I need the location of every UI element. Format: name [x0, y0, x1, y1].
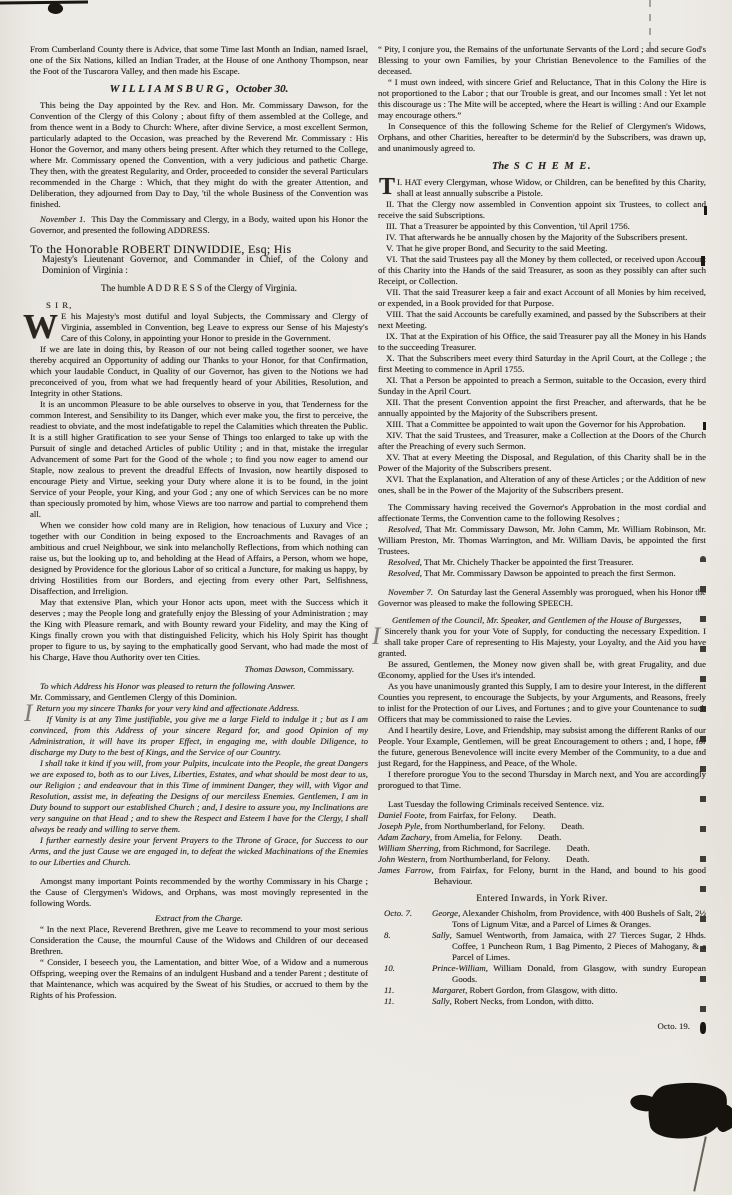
- resolved-label: Resolved,: [388, 568, 422, 578]
- ship-detail: Sally, Robert Necks, from London, with d…: [432, 996, 706, 1007]
- scheme-text: That at every Meeting the Disposal, and …: [378, 452, 706, 473]
- ship-cargo: , William Donald, from Glasgow, with sun…: [452, 963, 706, 984]
- scheme-numeral: XIV.: [386, 430, 403, 440]
- address-paragraph-1: WE his Majesty's most dutiful and loyal …: [30, 311, 368, 344]
- signature-line: Thomas Dawson, Commissary.: [30, 664, 368, 675]
- criminal-detail: , from Northumberland, for Felony.: [425, 854, 550, 864]
- resolves-intro: The Commissary having received the Gover…: [378, 502, 706, 524]
- scheme-numeral: XI.: [386, 375, 397, 385]
- criminal-row: Daniel Foote, from Fairfax, for Felony.D…: [378, 810, 706, 821]
- signature-name: Thomas Dawson,: [245, 664, 306, 674]
- criminal-name: James Farrow: [378, 865, 432, 875]
- scheme-text: That the Explanation, and Alteration of …: [378, 474, 706, 495]
- resolve-text: That Mr. Commissary Dawson be appointed …: [424, 568, 676, 578]
- scheme-text: That the said Treasurer keep a fair and …: [378, 287, 706, 308]
- news-november-1: November 1. This Day the Commissary and …: [30, 214, 368, 236]
- criminal-name: Joseph Pyle: [378, 821, 420, 831]
- ship-date: 11.: [378, 996, 432, 1007]
- ship-name: Prince-William: [432, 963, 486, 973]
- criminal-sentence: Death.: [533, 810, 556, 820]
- extract-paragraph-2: “ Consider, I beseech you, the Lamentati…: [30, 957, 368, 1001]
- answer-intro: To which Address his Honor was pleased t…: [30, 681, 368, 692]
- criminal-sentence: Death.: [561, 821, 584, 831]
- scheme-item-9: IX.That at the Expiration of his Office,…: [378, 331, 706, 353]
- criminal-name: Daniel Foote: [378, 810, 425, 820]
- scheme-text: That the Clergy now assembled in Convent…: [378, 199, 706, 220]
- criminal-name: William Sherring: [378, 843, 438, 853]
- scheme-numeral: III.: [386, 221, 397, 231]
- scheme-text: That a Treasurer be appointed by this Co…: [400, 221, 630, 231]
- right-column: “ Pity, I conjure you, the Remains of th…: [378, 44, 706, 1032]
- speech-paragraph-4: And I heartily desire, Love, and Friends…: [378, 725, 706, 769]
- scheme-item-4: IV.That afterwards he be annually chosen…: [378, 232, 706, 243]
- scheme-item-3: III.That a Treasurer be appointed by thi…: [378, 221, 706, 232]
- ship-entry: 8.Sally, Samuel Wentworth, from Jamaica,…: [378, 930, 706, 963]
- ship-name: Sally: [432, 930, 450, 940]
- scheme-numeral: XII.: [386, 397, 400, 407]
- criminal-name: John Western: [378, 854, 425, 864]
- date-label: November 1.: [40, 214, 86, 224]
- address-paragraph-4: When we consider how cold many are in Re…: [30, 520, 368, 597]
- news-november-7: November 7. On Saturday last the General…: [378, 587, 706, 609]
- scheme-item-1: I. THAT every Clergyman, whose Widow, or…: [378, 177, 706, 199]
- ship-entry: Octo. 7.George, Alexander Chisholm, from…: [378, 908, 706, 930]
- entered-inwards-heading: Entered Inwards, in York River.: [378, 894, 706, 905]
- scheme-text: That the said Accounts be carefully exam…: [378, 309, 706, 330]
- scheme-item-13: XIII.That a Committee be appointed to wa…: [378, 419, 706, 430]
- answer-paragraph-2: If Vanity is at any Time justifiable, yo…: [30, 714, 368, 758]
- criminal-row: John Western, from Northumberland, for F…: [378, 854, 706, 865]
- speech-paragraph-5: I therefore prorogue You to the second T…: [378, 769, 706, 791]
- scheme-text: HAT every Clergyman, whose Widow, or Chi…: [397, 177, 706, 198]
- scheme-numeral: XVI.: [386, 474, 404, 484]
- scheme-text: That afterwards he be annually chosen by…: [399, 232, 687, 242]
- criminal-detail: , from Northumberland, for Felony.: [420, 821, 545, 831]
- resolve-2: Resolved, That Mr. Chichely Thacker be a…: [378, 557, 706, 568]
- ship-detail: Sally, Samuel Wentworth, from Jamaica, w…: [432, 930, 706, 963]
- scheme-item-14: XIV.That the said Trustees, and Treasure…: [378, 430, 706, 452]
- extract-paragraph-pity: “ Pity, I conjure you, the Remains of th…: [378, 44, 706, 77]
- ink-blot: [644, 1076, 732, 1144]
- address-paragraph-3: It is an uncommon Pleasure to be able ou…: [30, 399, 368, 520]
- ship-entry: 11.Sally, Robert Necks, from London, wit…: [378, 996, 706, 1007]
- scratch-mark: [693, 1136, 707, 1191]
- scheme-item-2: II.That the Clergy now assembled in Conv…: [378, 199, 706, 221]
- ship-entry: 10.Prince-William, William Donald, from …: [378, 963, 706, 985]
- drop-cap-t: T: [379, 178, 395, 197]
- paragraph-text: Return you my sincere Thanks for your ve…: [36, 703, 299, 713]
- resolve-1: Resolved, That Mr. Commissary Dawson, Mr…: [378, 524, 706, 557]
- catchword: Octo. 19.: [378, 1021, 706, 1032]
- criminal-sentence: Death.: [538, 832, 561, 842]
- drop-cap-i: I: [24, 704, 32, 724]
- scheme-item-8: VIII.That the said Accounts be carefully…: [378, 309, 706, 331]
- paragraph-text: E his Majesty's most dutiful and loyal S…: [61, 311, 368, 343]
- extract-paragraph-1: “ In the next Place, Reverend Brethren, …: [30, 924, 368, 957]
- scheme-text: That the present Convention appoint the …: [378, 397, 706, 418]
- resolve-text: That Mr. Commissary Dawson, Mr. John Cam…: [378, 524, 706, 556]
- dateline-heading: WILLIAMSBURG,October 30.: [30, 84, 368, 95]
- scheme-numeral: VIII.: [386, 309, 403, 319]
- right-edge-bleedthrough: [700, 556, 706, 1026]
- scheme-item-6: VI.That the said Trustees pay all the Mo…: [378, 254, 706, 287]
- scheme-item-15: XV.That at every Meeting the Disposal, a…: [378, 452, 706, 474]
- resolved-label: Resolved,: [388, 524, 422, 534]
- ship-date: 11.: [378, 985, 432, 996]
- dateline-city: WILLIAMSBURG,: [110, 83, 232, 95]
- scheme-item-11: XI.That a Person be appointed to preach …: [378, 375, 706, 397]
- news-cumberland-county: From Cumberland County there is Advice, …: [30, 44, 368, 77]
- criminal-detail: , from Amelia, for Felony.: [430, 832, 522, 842]
- ship-entry: 11.Margaret, Robert Gordon, from Glasgow…: [378, 985, 706, 996]
- edge-mark: [704, 206, 707, 215]
- edge-mark: [703, 422, 706, 430]
- scheme-heading: TheS C H E M E.: [378, 161, 706, 172]
- criminal-row: Joseph Pyle, from Northumberland, for Fe…: [378, 821, 706, 832]
- speech-paragraph-3: As you have unanimously granted this Sup…: [378, 681, 706, 725]
- news-convention: This being the Day appointed by the Rev.…: [30, 100, 368, 210]
- address-heading: To the Honorable ROBERT DINWIDDIE, Esq; …: [30, 244, 368, 277]
- humble-address-line: The humble A D D R E S S of the Clergy o…: [30, 283, 368, 294]
- speech-paragraph-2: Be assured, Gentlemen, the Money now giv…: [378, 659, 706, 681]
- ship-name: Sally: [432, 996, 450, 1006]
- scheme-heading-the: The: [492, 161, 509, 172]
- scheme-item-16: XVI.That the Explanation, and Alteration…: [378, 474, 706, 496]
- newspaper-page-scan: From Cumberland County there is Advice, …: [0, 0, 732, 1195]
- ship-cargo: , Robert Gordon, from Glasgow, with ditt…: [465, 985, 617, 995]
- resolved-label: Resolved,: [388, 557, 422, 567]
- ship-name: George: [432, 908, 458, 918]
- scheme-item-12: XII.That the present Convention appoint …: [378, 397, 706, 419]
- criminals-intro: Last Tuesday the following Criminals rec…: [378, 799, 706, 810]
- scheme-numeral: XIII.: [386, 419, 403, 429]
- scheme-text: That a Person be appointed to preach a S…: [378, 375, 706, 396]
- criminal-sentence: Death.: [567, 843, 590, 853]
- scheme-item-5: V.That he give proper Bond, and Security…: [378, 243, 706, 254]
- extract-paragraph-must-own: “ I must own indeed, with sincere Grief …: [378, 77, 706, 121]
- criminal-row: William Sherring, from Richmond, for Sac…: [378, 843, 706, 854]
- ship-name: Margaret: [432, 985, 465, 995]
- signature-title: Commissary.: [308, 664, 354, 674]
- criminal-detail: , from Richmond, for Sacrilege.: [438, 843, 550, 853]
- scheme-numeral: X.: [386, 353, 395, 363]
- ship-detail: Margaret, Robert Gordon, from Glasgow, w…: [432, 985, 706, 996]
- scheme-text: That the said Trustees, and Treasurer, m…: [378, 430, 706, 451]
- salutation-sir: S I R,: [30, 300, 368, 311]
- dateline-date: October 30.: [236, 83, 289, 95]
- scheme-numeral: I.: [397, 177, 402, 187]
- ship-detail: Prince-William, William Donald, from Gla…: [432, 963, 706, 985]
- scheme-text: That he give proper Bond, and Security t…: [396, 243, 607, 253]
- address-heading-line1: To the Honorable ROBERT DINWIDDIE, Esq; …: [30, 244, 368, 255]
- answer-paragraph-1: IReturn you my sincere Thanks for your v…: [30, 703, 368, 714]
- drop-cap-w: W: [23, 312, 58, 341]
- edge-mark: [701, 256, 705, 266]
- ship-cargo: , Samuel Wentworth, from Jamaica, with 2…: [450, 930, 706, 962]
- criminal-row: Adam Zachary, from Amelia, for Felony.De…: [378, 832, 706, 843]
- extract-heading: Extract from the Charge.: [30, 913, 368, 924]
- ship-cargo: , Robert Necks, from London, with ditto.: [450, 996, 594, 1006]
- scheme-text: That at the Expiration of his Office, th…: [378, 331, 706, 352]
- top-fold-line: [649, 0, 651, 52]
- scheme-numeral: IV.: [386, 232, 396, 242]
- scheme-text: That the said Trustees pay all the Money…: [378, 254, 706, 286]
- ship-date: 10.: [378, 963, 432, 985]
- scheme-numeral: II.: [386, 199, 394, 209]
- address-heading-line2: Majesty's Lieutenant Governor, and Comma…: [30, 255, 368, 277]
- scheme-text: That the Subscribers meet every third Sa…: [378, 353, 706, 374]
- scheme-heading-main: S C H E M E.: [514, 161, 592, 172]
- ship-cargo: , Alexander Chisholm, from Providence, w…: [452, 908, 706, 929]
- ship-date: 8.: [378, 930, 432, 963]
- paragraph-text: Sincerely thank you for your Vote of Sup…: [378, 626, 706, 658]
- criminal-detail: , from Fairfax, for Felony.: [425, 810, 517, 820]
- date-label: November 7.: [388, 587, 433, 597]
- resolve-text: That Mr. Chichely Thacker be appointed t…: [424, 557, 633, 567]
- news-consequence: In Consequence of this the following Sch…: [378, 121, 706, 154]
- speech-salutation: Gentlemen of the Council, Mr. Speaker, a…: [378, 615, 706, 626]
- criminal-detail: , from Fairfax, for Felony, burnt in the…: [432, 865, 707, 886]
- address-paragraph-5: May that extensive Plan, which your Hono…: [30, 597, 368, 663]
- ship-detail: George, Alexander Chisholm, from Provide…: [432, 908, 706, 930]
- scheme-numeral: VII.: [386, 287, 400, 297]
- resolve-3: Resolved, That Mr. Commissary Dawson be …: [378, 568, 706, 579]
- answer-paragraph-4: I further earnestly desire your fervent …: [30, 835, 368, 868]
- scheme-text: That a Committee be appointed to wait up…: [406, 419, 685, 429]
- drop-cap-i: I: [372, 627, 380, 647]
- scheme-numeral: VI.: [386, 254, 397, 264]
- two-column-layout: From Cumberland County there is Advice, …: [0, 0, 732, 1032]
- address-paragraph-2: If we are late in doing this, by Reason …: [30, 344, 368, 399]
- criminal-row: James Farrow, from Fairfax, for Felony, …: [378, 865, 706, 887]
- scheme-numeral: IX.: [386, 331, 397, 341]
- speech-paragraph-1: ISincerely thank you for your Vote of Su…: [378, 626, 706, 659]
- answer-paragraph-3: I shall take it kind if you will, from y…: [30, 758, 368, 835]
- scheme-numeral: V.: [386, 243, 393, 253]
- left-column: From Cumberland County there is Advice, …: [30, 44, 368, 1032]
- scheme-item-7: VII.That the said Treasurer keep a fair …: [378, 287, 706, 309]
- criminal-name: Adam Zachary: [378, 832, 430, 842]
- answer-salutation: Mr. Commissary, and Gentlemen Clergy of …: [30, 692, 368, 703]
- scheme-numeral: XV.: [386, 452, 400, 462]
- scheme-item-10: X.That the Subscribers meet every third …: [378, 353, 706, 375]
- news-amongst-points: Amongst many important Points recommende…: [30, 876, 368, 909]
- ship-date: Octo. 7.: [378, 908, 432, 930]
- criminal-sentence: Death.: [566, 854, 589, 864]
